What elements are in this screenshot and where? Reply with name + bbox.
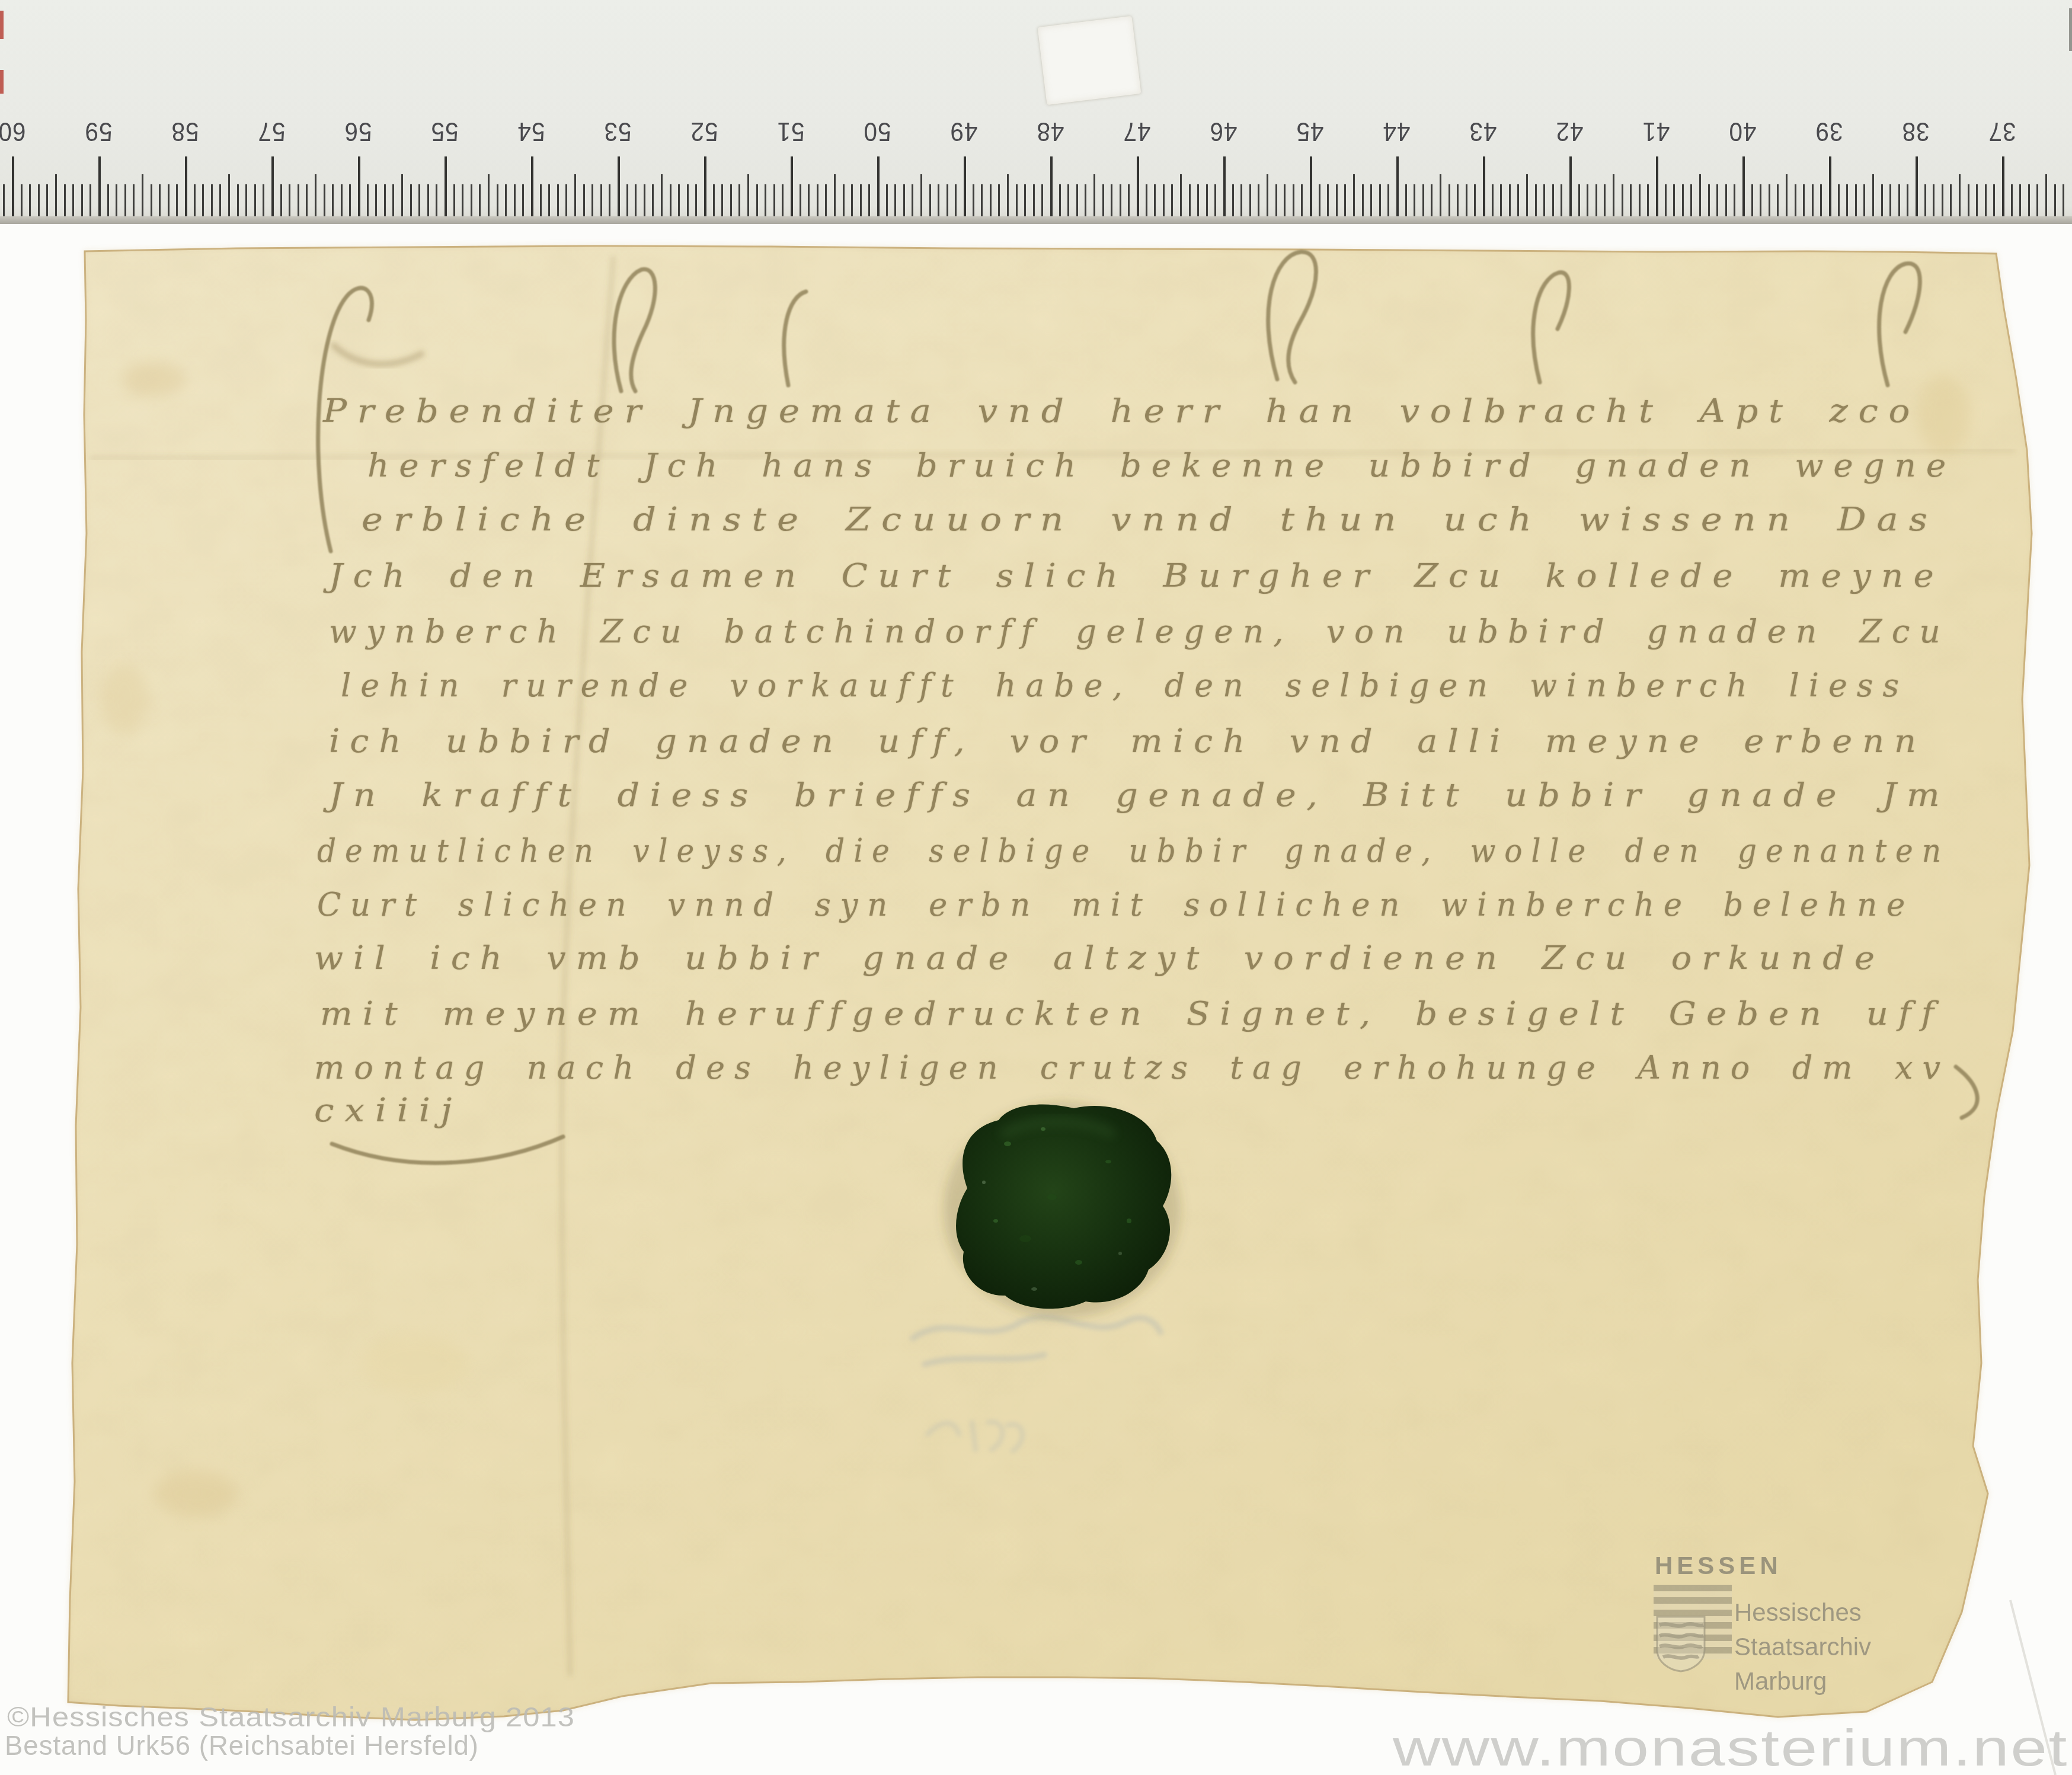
ruler-tick [670,184,672,216]
ruler-tick [929,184,931,216]
ruler-tick [436,184,437,216]
ruler-tick [1587,184,1588,216]
ruler-tick [920,174,922,216]
wax-seal [956,1105,1171,1309]
ruler-tick [877,156,880,216]
ruler-tick [834,174,836,216]
ruler-tick [843,184,845,216]
ruler-tick [237,184,239,216]
ruler-tick [271,156,274,216]
ruler-tick [124,184,126,216]
ruler-tick [1916,156,1918,216]
ruler-tick [1517,184,1519,216]
ruler-tick [142,174,143,216]
ruler-tick [626,184,628,216]
ruler-tick [1855,184,1857,216]
seal-and-flourishes [0,0,2072,1775]
ruler-tick [1968,184,1969,216]
ruler-tick [1500,184,1502,216]
ruler-tick [289,184,290,216]
ruler-tick [1820,184,1822,216]
ruler-tick [522,184,524,216]
hessen-logo-title: HESSEN [1655,1552,1782,1580]
ruler-tick [1933,184,1934,216]
ruler-number: 53 [596,116,639,146]
ruler-tick [116,184,117,216]
archive-logo-watermark: HESSEN Hessisches Staatsarchiv Marburg [1651,1552,1900,1706]
ruler-number: 52 [682,116,726,146]
ruler-tick [202,184,204,216]
ruler-number: 57 [250,116,293,146]
ruler-tick [159,184,161,216]
scanned-charter-page: 6059585756555453525150494847464544434241… [0,0,2072,1775]
ruler-tick [1240,184,1242,216]
ruler-tick [1769,184,1770,216]
ruler-tick [903,184,905,216]
ruler-tick [1690,184,1692,216]
ruler-tick [938,184,939,216]
show-through-marks [913,1317,1160,1364]
ruler-tick [176,184,178,216]
ruler-tick [1881,184,1883,216]
ruler-tick [782,184,784,216]
ruler-number: 46 [1201,116,1245,146]
ruler-number: 55 [423,116,466,146]
ruler-tick [565,184,567,216]
ruler-number: 41 [1634,116,1678,146]
ruler-tick [678,184,680,216]
ruler-tick [263,184,264,216]
ruler-tick [194,184,196,216]
ruler-tick [1163,184,1165,216]
ruler-tick [1622,184,1623,216]
ruler-tick [1535,184,1537,216]
ruler-tick [1067,184,1069,216]
logo-text-line2: Staatsarchiv [1734,1630,1871,1664]
ruler-tick [107,184,109,216]
ruler-tick [1786,174,1788,216]
ruler-tick [2002,156,2004,216]
ruler-tick [254,184,256,216]
ruler-tick [471,184,472,216]
ruler-tick [747,174,749,216]
ruler-number: 49 [942,116,986,146]
ruler-tick [1396,156,1399,216]
ruler-tick [1258,184,1259,216]
ruler-tick [1716,184,1718,216]
ruler-tick [609,184,610,216]
hessen-shield-icon [1656,1616,1706,1672]
ruler-tick [635,184,637,216]
archive-logo-text: Hessisches Staatsarchiv Marburg [1734,1595,1871,1699]
ruler-tick [375,184,377,216]
ruler-tick [1050,156,1053,216]
ruler-tick [2028,184,2030,216]
ruler-tick [2045,174,2047,216]
ruler-tick [1561,184,1562,216]
ruler-tick [591,184,593,216]
ruler-tick [644,184,645,216]
ruler-tick [367,184,369,216]
ruler-tick [298,184,299,216]
ruler-tick [1206,184,1208,216]
ruler-tick [738,184,740,216]
ruler-tick [479,184,481,216]
ruler-tick [600,184,602,216]
ruler-tick [713,184,715,216]
ruler-tick [1146,184,1147,216]
ruler-tick [1449,184,1450,216]
ruler-tick [557,184,559,216]
ruler-tick [1647,184,1649,216]
ruler-tick [981,184,983,216]
scan-edge-mark [0,70,4,94]
ruler-tick [1267,174,1268,216]
ruler-tick [1578,184,1580,216]
ruler-tick [1509,184,1511,216]
ruler-tick [2036,184,2038,216]
ruler-tick [1673,184,1675,216]
ruler-tick [1985,184,1987,216]
measurement-ruler: 6059585756555453525150494847464544434241… [0,0,2072,224]
ruler-tick [1708,184,1710,216]
ruler-tick [773,184,775,216]
ruler-tick [219,184,221,216]
ruler-tick [851,184,853,216]
ruler-tick [185,156,187,216]
ruler-tick [1942,184,1943,216]
ruler-tick [540,184,542,216]
ruler-tick [618,156,620,216]
ruler-tick [1440,174,1441,216]
ruler-tick [695,184,697,216]
ruler-tick [1526,174,1528,216]
ruler-tick [721,184,723,216]
ruler-tick [1492,184,1494,216]
ruler-tick [1120,184,1121,216]
ruler-tick [2019,184,2021,216]
ruler-tick [1483,156,1485,216]
ruler-tick [1085,184,1086,216]
ruler-tick [531,156,533,216]
ruler-tick [211,184,213,216]
ruler-tick [1327,184,1329,216]
ruler-tick [704,156,706,216]
ruler-tick [245,184,247,216]
ruler-tick [410,184,412,216]
ruler-tick [947,184,948,216]
ruler-tick [1171,184,1173,216]
ruler-number: 42 [1547,116,1591,146]
ruler-tick [661,174,663,216]
ruler-tick [2054,184,2056,216]
ruler-tick [1007,174,1009,216]
ruler-tick [1024,184,1026,216]
ruler-tick [98,156,101,216]
ruler-tick [860,184,862,216]
ruler-tick [1189,184,1191,216]
ruler-tick [1474,184,1476,216]
ruler-tick [1699,174,1701,216]
ruler-tick [1466,184,1467,216]
ruler-number: 37 [1980,116,2024,146]
ruler-number: 38 [1894,116,1937,146]
ruler-tick [1950,184,1952,216]
ruler-tick [38,184,40,216]
ruler-tick [1301,184,1303,216]
ruler-tick [1613,174,1614,216]
ruler-tick [168,184,170,216]
ruler-tick [453,184,455,216]
ruler-tick [358,156,360,216]
ruler-tick [1232,184,1234,216]
ruler-tick [1422,184,1424,216]
ruler-tick [1838,184,1840,216]
ruler-tick [1569,156,1572,216]
ruler-tick [401,174,403,216]
ruler-tick [349,184,351,216]
ruler-tick [756,184,758,216]
ruler-tick [46,184,48,216]
ruler-tick [332,184,334,216]
ruler-number: 56 [336,116,380,146]
ruler-tick [1214,184,1216,216]
ruler-number: 60 [0,116,34,146]
ruler-tick [427,184,429,216]
ruler-sticker [1038,16,1141,105]
ruler-tick [2063,184,2064,216]
ruler-tick [1387,184,1389,216]
ruler-tick [800,184,801,216]
ruler-tick [1076,184,1078,216]
ruler-tick [315,174,316,216]
ruler-tick [990,184,992,216]
ruler-tick [2011,184,2013,216]
ruler-tick [21,184,23,216]
ruler-tick [89,184,91,216]
ruler-tick [1344,184,1346,216]
ruler-tick [1639,184,1641,216]
ruler-tick [730,184,732,216]
ruler-tick [151,184,152,216]
ruler-tick [1379,184,1381,216]
ruler-tick [1872,174,1874,216]
ruler-tick [1033,184,1035,216]
ruler-tick [583,184,585,216]
ruler-tick [998,184,1000,216]
ruler-tick [574,174,576,216]
ruler-tick [1059,184,1061,216]
ruler-tick [1682,184,1684,216]
ruler-number: 51 [769,116,813,146]
ruler-tick [1907,184,1908,216]
ruler-tick [514,184,516,216]
ruler-number: 44 [1374,116,1418,146]
scan-edge-mark [0,11,4,39]
ruler-tick [418,184,420,216]
ruler-tick [1665,184,1667,216]
ruler-number: 50 [855,116,899,146]
ruler-tick [1197,184,1199,216]
ruler-tick [1725,184,1727,216]
ruler-tick [1284,184,1286,216]
ruler-tick [133,184,135,216]
ruler-tick [1552,184,1554,216]
ruler-tick [1137,156,1139,216]
ruler-tick [1829,156,1831,216]
ruler-tick [324,184,325,216]
ruler-tick [1846,184,1848,216]
ruler-tick [392,184,394,216]
ruler-tick [1405,184,1407,216]
ruler-tick [1734,184,1735,216]
ruler-tick [1102,184,1104,216]
ruler-tick [973,184,974,216]
ruler-number: 59 [76,116,120,146]
ruler-tick [1336,184,1338,216]
ruler-tick [1595,184,1597,216]
ruler-tick [29,184,31,216]
ruler-tick [1863,184,1865,216]
ruler-tick [1041,184,1043,216]
ruler-tick [64,184,66,216]
ruler-tick [1431,184,1433,216]
ruler-tick [1656,156,1658,216]
ruler-tick [791,156,793,216]
ruler-tick [1924,184,1926,216]
ruler-tick [488,174,490,216]
ruler-tick [1543,184,1545,216]
ruler-tick [1898,184,1900,216]
ruler-tick [497,184,498,216]
ruler-tick [1319,184,1320,216]
ruler-tick [955,184,957,216]
ruler-tick [1630,184,1632,216]
ruler-tick [912,184,913,216]
ruler-tick [1760,184,1761,216]
ruler-tick [1223,156,1226,216]
logo-text-line1: Hessisches [1734,1595,1871,1630]
ruler-tick [868,184,870,216]
ruler-tick [1093,174,1095,216]
ruler-tick [1414,184,1415,216]
ruler-tick [445,156,447,216]
ruler-tick [1959,174,1961,216]
ruler-number: 40 [1721,116,1764,146]
ruler-number: 54 [509,116,553,146]
ruler-tick [1993,184,1995,216]
ruler-tick [1803,184,1805,216]
ruler-tick [341,184,343,216]
ruler-tick [1812,184,1814,216]
ruler-tick [964,156,966,216]
ruler-tick [1362,184,1364,216]
ghost-year-mark [928,1422,1022,1451]
ruler-tick [3,184,5,216]
ruler-tick [817,184,818,216]
ink-flourishes [318,252,1978,1163]
ruler-tick [384,184,386,216]
ruler-tick [1889,184,1891,216]
ruler-tick [81,184,83,216]
ruler-tick [55,174,57,216]
ruler-tick [808,184,810,216]
ruler-tick [1310,156,1312,216]
ruler-number: 43 [1461,116,1505,146]
ruler-tick [687,184,689,216]
ruler-tick [1111,184,1112,216]
ruler-tick [462,184,463,216]
scan-corner-mark [2069,8,2072,51]
ruler-tick [505,184,507,216]
ruler-tick [1751,184,1753,216]
ruler-tick [72,184,74,216]
ruler-tick [1370,184,1372,216]
ruler-tick [1249,184,1251,216]
ruler-tick [1353,174,1355,216]
ruler-tick [1457,184,1459,216]
ruler-tick [886,184,888,216]
website-watermark: www.monasterium.net [1393,1718,2068,1775]
ruler-tick [894,184,896,216]
ruler-tick [1180,174,1182,216]
ruler-number: 47 [1115,116,1159,146]
copyright-watermark-line1: ©Hessisches Staatsarchiv Marburg 2013 [7,1701,575,1733]
ruler-number: 45 [1288,116,1332,146]
copyright-watermark-line2: Bestand Urk56 (Reichsabtei Hersfeld) [5,1729,479,1761]
ruler-tick [1016,184,1018,216]
ruler-tick [1976,184,1978,216]
ruler-tick [765,184,766,216]
ruler-tick [280,184,282,216]
ruler-tick [1128,184,1130,216]
ruler-tick [12,156,14,216]
ruler-tick [1604,184,1606,216]
ruler-number: 48 [1028,116,1072,146]
ruler-number: 39 [1807,116,1851,146]
ruler-tick [1777,184,1779,216]
ruler-number: 58 [163,116,207,146]
ruler-tick [825,184,827,216]
ruler-tick [1742,156,1745,216]
ruler-tick [548,184,550,216]
ruler-tick [306,184,308,216]
ruler-tick [1795,184,1796,216]
ruler-tick [1293,184,1294,216]
ruler-tick [228,174,230,216]
ruler-tick [1154,184,1156,216]
ruler-tick [652,184,654,216]
logo-text-line3: Marburg [1734,1664,1871,1699]
ruler-tick [1275,184,1277,216]
